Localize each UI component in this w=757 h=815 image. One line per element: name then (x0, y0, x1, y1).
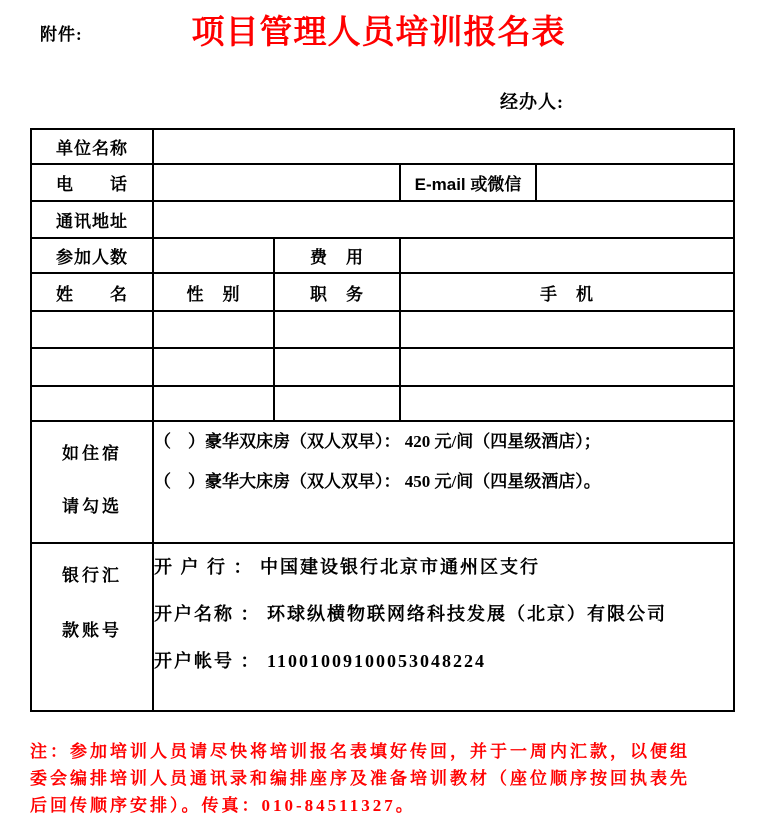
accommodation-label-line2: 请勾选 (32, 475, 152, 528)
bank-row: 银行汇 款账号 开 户 行 ： 中国建设银行北京市通州区支行 开户名称 ： 环球… (31, 543, 734, 711)
unit-name-label: 单位名称 (31, 129, 153, 164)
attendee-name-cell[interactable] (31, 348, 153, 386)
phone-input[interactable] (153, 164, 400, 201)
attendee-row (31, 311, 734, 348)
address-row: 通讯地址 (31, 201, 734, 238)
participants-row: 参加人数 费 用 (31, 238, 734, 273)
bank-label: 银行汇 款账号 (31, 543, 153, 711)
accommodation-options-cell: （ ）豪华双床房（双人双早）： 420 元/间（四星级酒店）； （ ）豪华大床房… (153, 421, 734, 543)
attendee-mobile-cell[interactable] (400, 386, 734, 421)
page-title: 项目管理人员培训报名表 (0, 6, 757, 53)
bank-details-cell: 开 户 行 ： 中国建设银行北京市通州区支行 开户名称 ： 环球纵横物联网络科技… (153, 543, 734, 711)
attendee-name-cell[interactable] (31, 311, 153, 348)
attendee-name-cell[interactable] (31, 386, 153, 421)
accommodation-label: 如住宿 请勾选 (31, 421, 153, 543)
gender-header: 性 别 (153, 273, 274, 311)
phone-row: 电 话 E-mail 或微信 (31, 164, 734, 201)
registration-table: 单位名称 电 话 E-mail 或微信 通讯地址 参加人数 费 用 姓 名 性 … (30, 128, 735, 712)
phone-label: 电 话 (31, 164, 153, 201)
attendee-gender-cell[interactable] (153, 386, 274, 421)
participants-input[interactable] (153, 238, 274, 273)
attendee-mobile-cell[interactable] (400, 348, 734, 386)
address-input[interactable] (153, 201, 734, 238)
participants-label: 参加人数 (31, 238, 153, 273)
footer-note: 注：参加培训人员请尽快将培训报名表填好传回，并于一周内汇款，以便组 委会编排培训… (30, 738, 740, 815)
attendee-position-cell[interactable] (274, 348, 400, 386)
attendee-position-cell[interactable] (274, 386, 400, 421)
email-input[interactable] (536, 164, 734, 201)
attendee-gender-cell[interactable] (153, 311, 274, 348)
note-line-1: 注：参加培训人员请尽快将培训报名表填好传回，并于一周内汇款，以便组 (30, 738, 740, 765)
attendee-row (31, 348, 734, 386)
room-option-king[interactable]: （ ）豪华大床房（双人双早）： 450 元/间（四星级酒店）。 (154, 462, 733, 502)
accommodation-row: 如住宿 请勾选 （ ）豪华双床房（双人双早）： 420 元/间（四星级酒店）； … (31, 421, 734, 543)
account-name-line: 开户名称 ： 环球纵横物联网络科技发展（北京）有限公司 (154, 591, 733, 638)
account-number-line: 开户帐号 ： 11001009100053048224 (154, 638, 733, 685)
bank-label-line1: 银行汇 (32, 544, 152, 599)
room-option-twin[interactable]: （ ）豪华双床房（双人双早）： 420 元/间（四星级酒店）； (154, 422, 733, 462)
accommodation-label-line1: 如住宿 (32, 422, 152, 475)
attendee-header-row: 姓 名 性 别 职 务 手 机 (31, 273, 734, 311)
email-label: E-mail 或微信 (400, 164, 536, 201)
mobile-header: 手 机 (400, 273, 734, 311)
unit-name-row: 单位名称 (31, 129, 734, 164)
note-line-3: 后回传顺序安排）。传真：010-84511327。 (30, 792, 740, 815)
attendee-position-cell[interactable] (274, 311, 400, 348)
attendee-row (31, 386, 734, 421)
bank-name-line: 开 户 行 ： 中国建设银行北京市通州区支行 (154, 544, 733, 591)
bank-label-line2: 款账号 (32, 599, 152, 654)
unit-name-input[interactable] (153, 129, 734, 164)
handler-label: 经办人: (500, 88, 564, 114)
fee-label: 费 用 (274, 238, 400, 273)
document-page: 附件: 项目管理人员培训报名表 经办人: 单位名称 电 话 E-mail 或微信… (0, 0, 757, 815)
note-line-2: 委会编排培训人员通讯录和编排座序及准备培训教材（座位顺序按回执表先 (30, 765, 740, 792)
address-label: 通讯地址 (31, 201, 153, 238)
position-header: 职 务 (274, 273, 400, 311)
fee-input[interactable] (400, 238, 734, 273)
attendee-mobile-cell[interactable] (400, 311, 734, 348)
attendee-gender-cell[interactable] (153, 348, 274, 386)
name-header: 姓 名 (31, 273, 153, 311)
